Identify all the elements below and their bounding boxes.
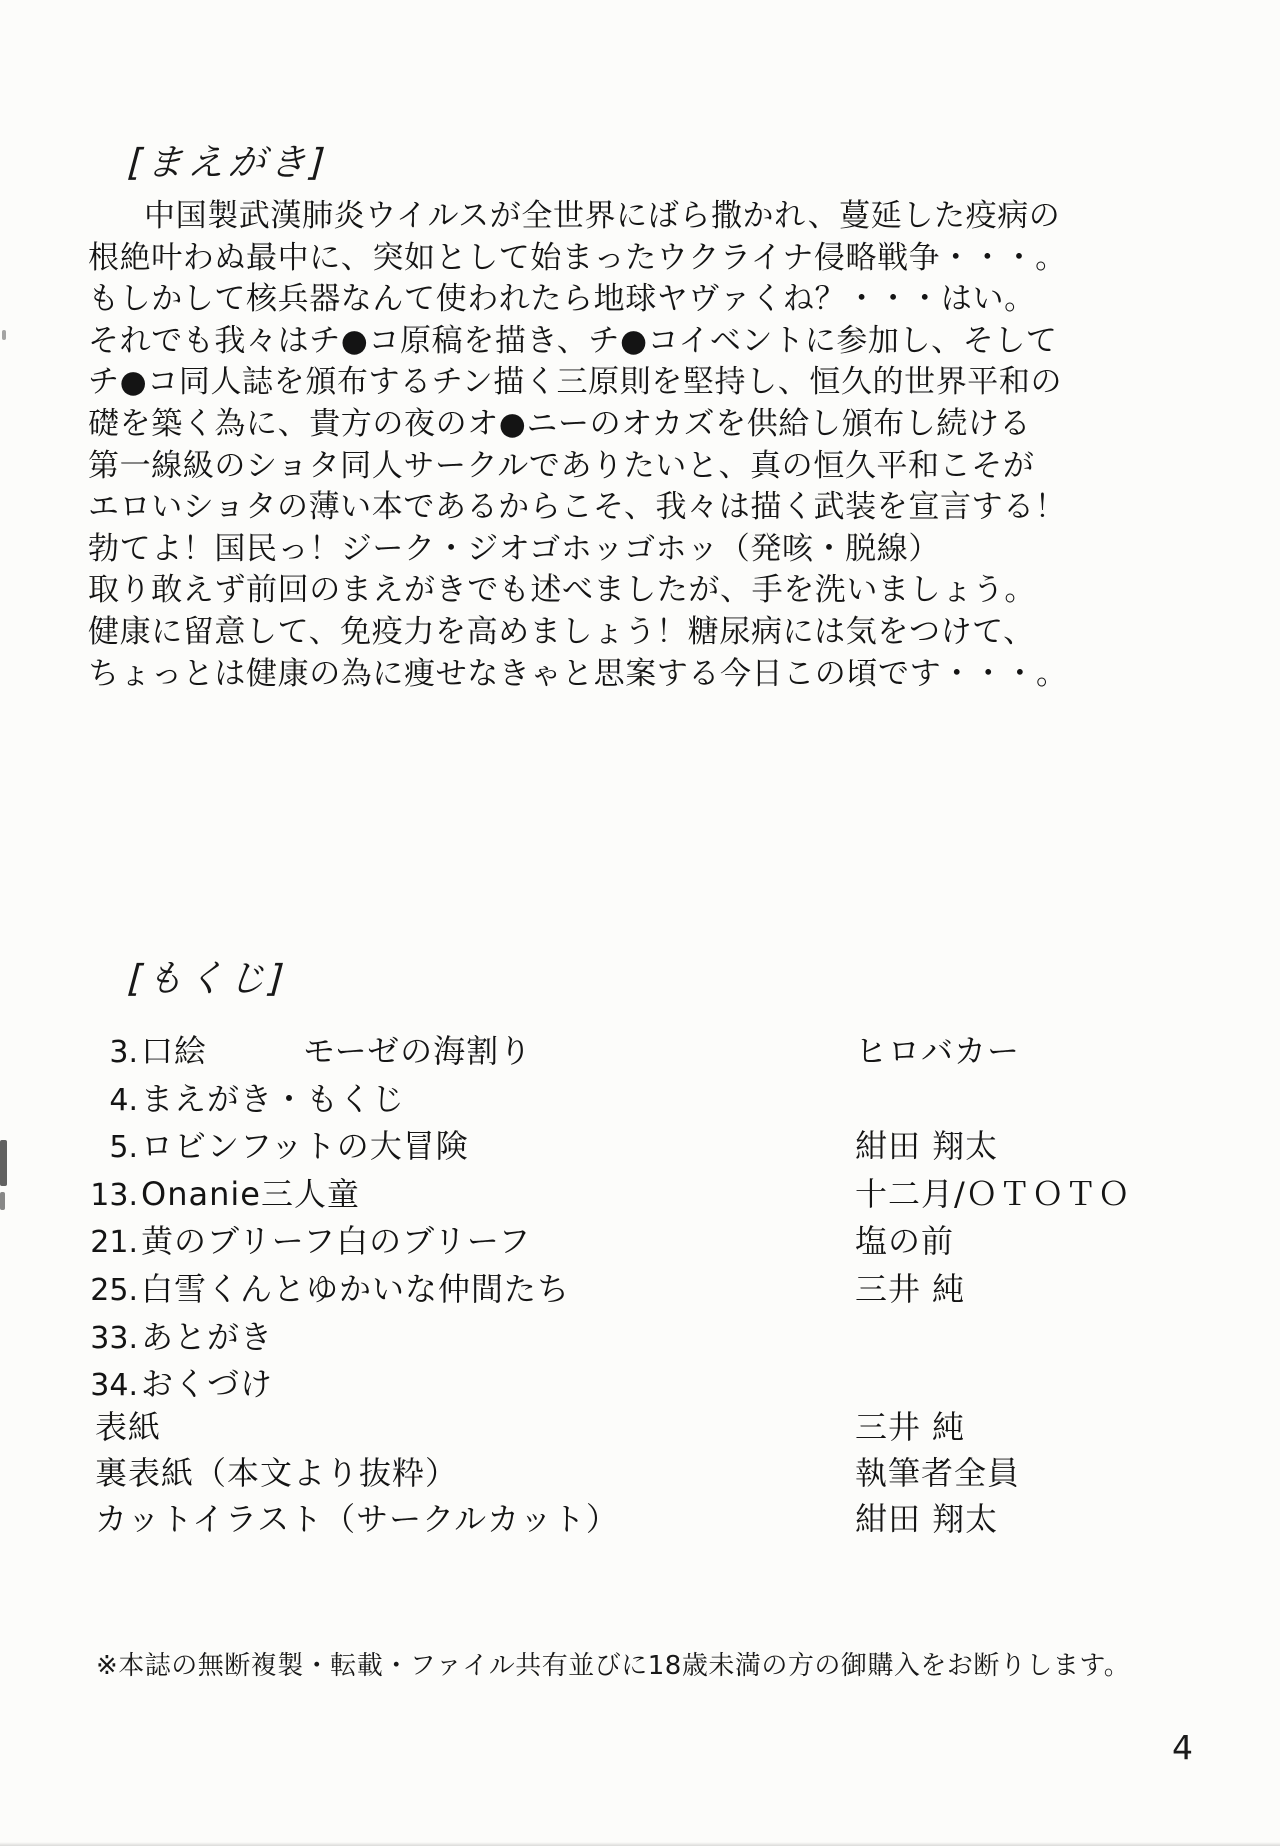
toc-entry-author: 三井 純 xyxy=(855,1266,965,1314)
toc-list: 3.口絵モーゼの海割り ヒロバカー 4.まえがき・もくじ 5.ロビンフットの大冒… xyxy=(88,1028,1198,1409)
toc-entry-title: ロビンフットの大冒険 xyxy=(141,1127,469,1165)
toc-entry-author: 十二月/ＯＴＯＴＯ xyxy=(855,1171,1131,1219)
toc-entry-author: ヒロバカー xyxy=(855,1028,1020,1076)
credit-author: 執筆者全員 xyxy=(855,1450,1020,1496)
preface-text-line: 第一線級のショタ同人サークルでありたいと、真の恒久平和こそが xyxy=(88,446,1098,488)
page-number: 4 xyxy=(1172,1728,1193,1767)
credit-author: 三井 純 xyxy=(855,1404,965,1450)
credits-list: 表紙 三井 純 裏表紙（本文より抜粋） 執筆者全員 カットイラスト（サークルカッ… xyxy=(95,1404,1205,1542)
credit-entry: 表紙 三井 純 xyxy=(95,1404,1205,1450)
toc-entry-page: 34. xyxy=(88,1362,138,1410)
credit-label: 表紙 xyxy=(95,1408,161,1446)
credit-entry: 裏表紙（本文より抜粋） 執筆者全員 xyxy=(95,1450,1205,1496)
toc-entry-title: あとがき xyxy=(141,1318,273,1356)
toc-entry-title: 黄のブリーフ白のブリーフ xyxy=(141,1222,531,1260)
toc-entry-title: Onanie三人童 xyxy=(141,1175,360,1213)
toc-heading: [もくじ] xyxy=(126,948,290,1002)
toc-entry-page: 25. xyxy=(88,1267,138,1315)
toc-entry-title: おくづけ xyxy=(141,1365,273,1403)
preface-paragraph: 中国製武漢肺炎ウイルスが全世界にばら撒かれ、蔓延した疫病の 根絶叶わぬ最中に、突… xyxy=(88,196,1098,695)
preface-text-line: エロいショタの薄い本であるからこそ、我々は描く武装を宣言する！ xyxy=(88,487,1098,529)
copyright-disclaimer: ※本誌の無断複製・転載・ファイル共有並びに18歳未満の方の御購入をお断りします。 xyxy=(96,1645,1130,1682)
scanned-page: [まえがき] 中国製武漢肺炎ウイルスが全世界にばら撒かれ、蔓延した疫病の 根絶叶… xyxy=(0,0,1280,1846)
preface-text-line: ちょっとは健康の為に痩せなきゃと思案する今日この頃です・・・。 xyxy=(88,654,1098,696)
scan-smudge xyxy=(0,1140,7,1186)
preface-text-line: 勃てよ！国民っ！ジーク・ジオゴホッゴホッ（発咳・脱線） xyxy=(88,529,1098,571)
preface-text-line: 礎を築く為に、貴方の夜のオ●ニーのオカズを供給し頒布し続ける xyxy=(88,404,1098,446)
toc-entry: 33.あとがき xyxy=(88,1314,1198,1362)
scan-smudge xyxy=(2,330,6,340)
toc-entry-page: 5. xyxy=(88,1124,138,1172)
toc-entry-page: 21. xyxy=(88,1219,138,1267)
credit-label: カットイラスト（サークルカット） xyxy=(95,1500,619,1538)
credit-author: 紺田 翔太 xyxy=(855,1496,998,1542)
toc-entry-title: まえがき・もくじ xyxy=(141,1080,405,1118)
toc-entry-page: 4. xyxy=(88,1077,138,1125)
toc-entry-title: 白雪くんとゆかいな仲間たち xyxy=(141,1270,570,1308)
toc-entry-author: 塩の前 xyxy=(855,1218,954,1266)
toc-entry: 4.まえがき・もくじ xyxy=(88,1076,1198,1124)
toc-entry: 13.Onanie三人童 十二月/ＯＴＯＴＯ xyxy=(88,1171,1198,1219)
preface-text-line: 取り敢えず前回のまえがきでも述べましたが、手を洗いましょう。 xyxy=(88,570,1098,612)
preface-text-line: それでも我々はチ●コ原稿を描き、チ●コイベントに参加し、そして xyxy=(88,321,1098,363)
toc-entry-title: 口絵 xyxy=(141,1032,207,1070)
preface-text-line: チ●コ同人誌を頒布するチン描く三原則を堅持し、恒久的世界平和の xyxy=(88,362,1098,404)
toc-entry-author: 紺田 翔太 xyxy=(855,1123,998,1171)
preface-text-line: 健康に留意して、免疫力を高めましょう！糖尿病には気をつけて、 xyxy=(88,612,1098,654)
toc-entry: 3.口絵モーゼの海割り ヒロバカー xyxy=(88,1028,1198,1076)
toc-entry: 25.白雪くんとゆかいな仲間たち 三井 純 xyxy=(88,1266,1198,1314)
toc-entry: 21.黄のブリーフ白のブリーフ 塩の前 xyxy=(88,1218,1198,1266)
preface-heading: [まえがき] xyxy=(126,132,331,186)
preface-text-line: 中国製武漢肺炎ウイルスが全世界にばら撒かれ、蔓延した疫病の xyxy=(88,196,1098,238)
scan-smudge xyxy=(0,1192,5,1210)
toc-entry-page: 13. xyxy=(88,1172,138,1220)
preface-text-line: もしかして核兵器なんて使われたら地球ヤヴァくね？・・・はい。 xyxy=(88,279,1098,321)
credit-entry: カットイラスト（サークルカット） 紺田 翔太 xyxy=(95,1496,1205,1542)
toc-entry-page: 3. xyxy=(88,1029,138,1077)
credit-label: 裏表紙（本文より抜粋） xyxy=(95,1454,458,1492)
scan-edge-shadow xyxy=(0,1842,1280,1846)
toc-entry-subtitle: モーゼの海割り xyxy=(303,1032,532,1070)
toc-entry-page: 33. xyxy=(88,1315,138,1363)
toc-entry: 5.ロビンフットの大冒険 紺田 翔太 xyxy=(88,1123,1198,1171)
preface-text-line: 根絶叶わぬ最中に、突如として始まったウクライナ侵略戦争・・・。 xyxy=(88,238,1098,280)
toc-entry: 34.おくづけ xyxy=(88,1361,1198,1409)
